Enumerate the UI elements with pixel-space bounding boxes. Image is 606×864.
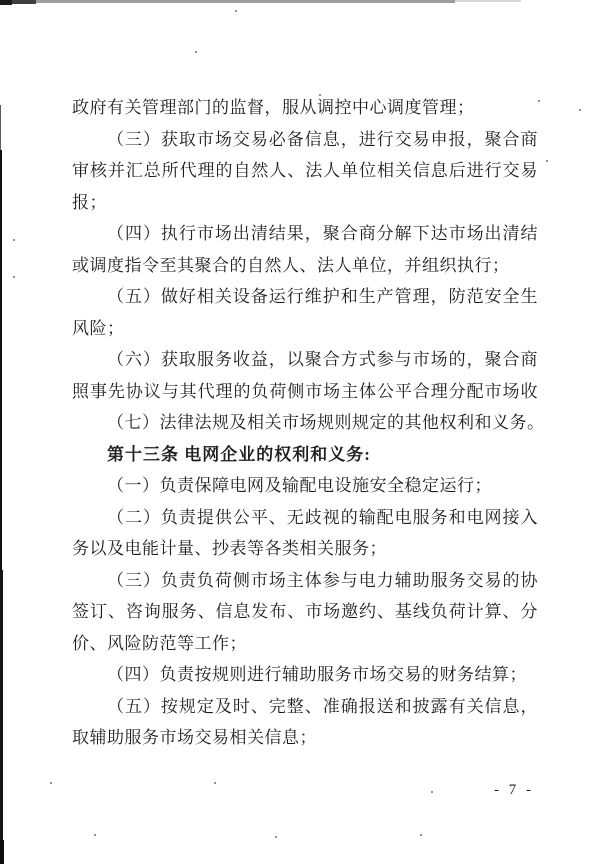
scan-speck: [275, 836, 277, 838]
scan-speck: [546, 160, 548, 162]
page-number: - 7 -: [494, 782, 534, 799]
text-line: 风险；: [72, 313, 538, 345]
text-line: （七）法律法规及相关市场规则规定的其他权利和义务。: [72, 407, 538, 439]
scan-speck: [420, 834, 422, 836]
text-line: （五）按规定及时、完整、准确报送和披露有关信息，获: [72, 691, 538, 723]
text-line: （三）获取市场交易必备信息，进行交易申报，聚合商应: [72, 124, 538, 156]
text-line: 或调度指令至其聚合的自然人、法人单位，并组织执行；: [72, 250, 538, 282]
scan-speck: [13, 239, 15, 241]
scan-top-band-dark-segment: [12, 0, 36, 4]
scan-speck: [579, 109, 581, 111]
scan-speck: [214, 782, 216, 784]
scan-left-edge-artifact: [0, 570, 3, 840]
text-line: （二）负责提供公平、无歧视的输配电服务和电网接入服: [72, 502, 538, 534]
scan-speck: [195, 51, 197, 53]
scan-speck: [538, 100, 540, 102]
text-line: 审核并汇总所代理的自然人、法人单位相关信息后进行交易申: [72, 155, 538, 187]
text-line: （五）做好相关设备运行维护和生产管理，防范安全生产: [72, 281, 538, 313]
scan-left-edge-artifact: [0, 150, 2, 570]
scanned-document-page: 政府有关管理部门的监督，服从调控中心调度管理； （三）获取市场交易必备信息，进行…: [0, 0, 606, 864]
text-line: （一）负责保障电网及输配电设施安全稳定运行；: [72, 470, 538, 502]
text-line: 照事先协议与其代理的负荷侧市场主体公平合理分配市场收益；: [72, 376, 538, 408]
text-line: （四）负责按规则进行辅助服务市场交易的财务结算；: [72, 659, 538, 691]
scan-speck: [94, 834, 96, 836]
document-text-block: 政府有关管理部门的监督，服从调控中心调度管理； （三）获取市场交易必备信息，进行…: [72, 92, 538, 754]
scan-speck: [235, 10, 237, 12]
text-line: 政府有关管理部门的监督，服从调控中心调度管理；: [72, 92, 538, 124]
text-line: 报；: [72, 187, 538, 219]
text-line: （三）负责负荷侧市场主体参与电力辅助服务交易的协议: [72, 565, 538, 597]
text-line: 取辅助服务市场交易相关信息；: [72, 722, 538, 754]
scan-top-band-dark-segment: [0, 0, 12, 5]
scan-left-edge-artifact: [0, 840, 4, 864]
text-line: 价、风险防范等工作；: [72, 628, 538, 660]
scan-speck: [431, 791, 433, 793]
scan-top-band-tail: [455, 0, 521, 2]
text-line: 签订、咨询服务、信息发布、市场邀约、基线负荷计算、分析评: [72, 596, 538, 628]
article-heading: 第十三条 电网企业的权利和义务:: [72, 439, 538, 471]
text-line: （六）获取服务收益，以聚合方式参与市场的，聚合商按: [72, 344, 538, 376]
text-line: （四）执行市场出清结果，聚合商分解下达市场出清结果: [72, 218, 538, 250]
text-line: 务以及电能计量、抄表等各类相关服务；: [72, 533, 538, 565]
scan-top-band-artifact: [0, 0, 455, 3]
scan-speck: [13, 276, 15, 278]
scan-speck: [50, 782, 52, 784]
